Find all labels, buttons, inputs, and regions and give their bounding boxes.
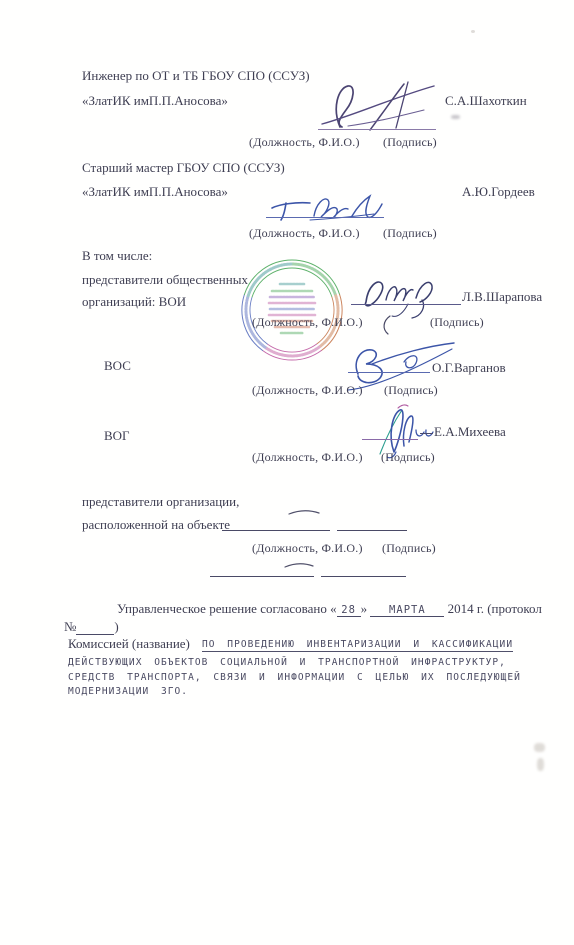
caption-signature: (Подпись) (384, 383, 438, 398)
protocol-number-suffix: ) (114, 619, 118, 635)
blank-line (337, 530, 407, 531)
decision-month-handwritten: МАРТА (370, 604, 444, 617)
org-name: «ЗлатИК имП.П.Аносова» (82, 93, 228, 109)
stray-paren-mark (378, 314, 394, 336)
signature-sharapova (352, 270, 464, 320)
stray-tilde-mark (282, 560, 316, 570)
dash-mark (420, 433, 433, 434)
caption-signature: (Подпись) (383, 226, 437, 241)
caption-position: (Должность, Ф.И.О.) (252, 315, 363, 330)
commission-handwritten-line1: ПО ПРОВЕДЕНИЮ ИНВЕНТАРИЗАЦИИ И КАССИФИКА… (202, 639, 513, 652)
decision-day-handwritten: 28 (337, 604, 361, 617)
signer-name-sharapova: Л.В.Шарапова (462, 289, 542, 305)
protocol-number-line: №) (64, 619, 119, 635)
signer-name-shakhotkin: С.А.Шахоткин (445, 93, 527, 109)
caption-signature: (Подпись) (382, 541, 436, 556)
stray-pen-mark (451, 115, 460, 119)
decision-prefix: Управленческое решение согласовано « (117, 601, 337, 617)
signature-shakhotkin (312, 80, 452, 132)
blank-line (321, 576, 406, 577)
commission-handwritten-line3: СРЕДСТВ ТРАНСПОРТА, СВЯЗИ И ИНФОРМАЦИИ С… (68, 672, 521, 683)
commission-handwritten-line2: ДЕЙСТВУЮЩИХ ОБЪЕКТОВ СОЦИАЛЬНОЙ И ТРАНСП… (68, 657, 506, 668)
vog-label: ВОГ (104, 428, 130, 444)
protocol-number-blank (76, 634, 114, 635)
caption-signature: (Подпись) (430, 315, 484, 330)
stray-tilde-mark (286, 507, 322, 517)
blank-line (210, 576, 314, 577)
site-org-line2: расположенной на объекте (82, 517, 230, 533)
protocol-number-prefix: № (64, 619, 76, 635)
scan-speck (471, 30, 475, 33)
signature-line (266, 217, 384, 218)
scan-smudge (534, 743, 545, 752)
caption-position: (Должность, Ф.И.О.) (252, 450, 363, 465)
caption-position: (Должность, Ф.И.О.) (249, 135, 360, 150)
scan-smudge (537, 758, 544, 771)
caption-signature: (Подпись) (381, 450, 435, 465)
signature-line (318, 129, 436, 130)
site-org-line1: представители организации, (82, 494, 239, 510)
stamp-seal (236, 254, 348, 366)
commission-handwritten-line4: МОДЕРНИЗАЦИИ ЗГО. (68, 686, 188, 697)
caption-signature: (Подпись) (383, 135, 437, 150)
public-orgs-line1: представители общественных (82, 272, 248, 288)
signer-name-gordeev: А.Ю.Гордеев (462, 184, 535, 200)
commission-label: Комиссией (название) (68, 636, 190, 652)
signature-line (362, 439, 418, 440)
including-label: В том числе: (82, 248, 152, 264)
signature-gordeev (266, 186, 394, 224)
role-title-engineer: Инженер по ОТ и ТБ ГБОУ СПО (ССУЗ) (82, 68, 310, 84)
decision-close-quote: » (361, 601, 371, 617)
decision-suffix: 2014 г. (протокол (444, 601, 541, 617)
scanned-document-page: Инженер по ОТ и ТБ ГБОУ СПО (ССУЗ) «Злат… (0, 0, 574, 945)
caption-position: (Должность, Ф.И.О.) (252, 541, 363, 556)
role-title-senior-master: Старший мастер ГБОУ СПО (ССУЗ) (82, 160, 285, 176)
signer-name-varganov: О.Г.Варганов (432, 360, 506, 376)
signer-name-mikheeva: Е.А.Михеева (434, 424, 506, 440)
blank-line (222, 530, 330, 531)
signature-line (351, 304, 461, 305)
vos-label: ВОС (104, 358, 131, 374)
caption-position: (Должность, Ф.И.О.) (249, 226, 360, 241)
decision-line: Управленческое решение согласовано «28» … (117, 601, 542, 617)
caption-position: (Должность, Ф.И.О.) (252, 383, 363, 398)
signature-line (348, 372, 430, 373)
public-orgs-line2: организаций: ВОИ (82, 294, 186, 310)
org-name: «ЗлатИК имП.П.Аносова» (82, 184, 228, 200)
